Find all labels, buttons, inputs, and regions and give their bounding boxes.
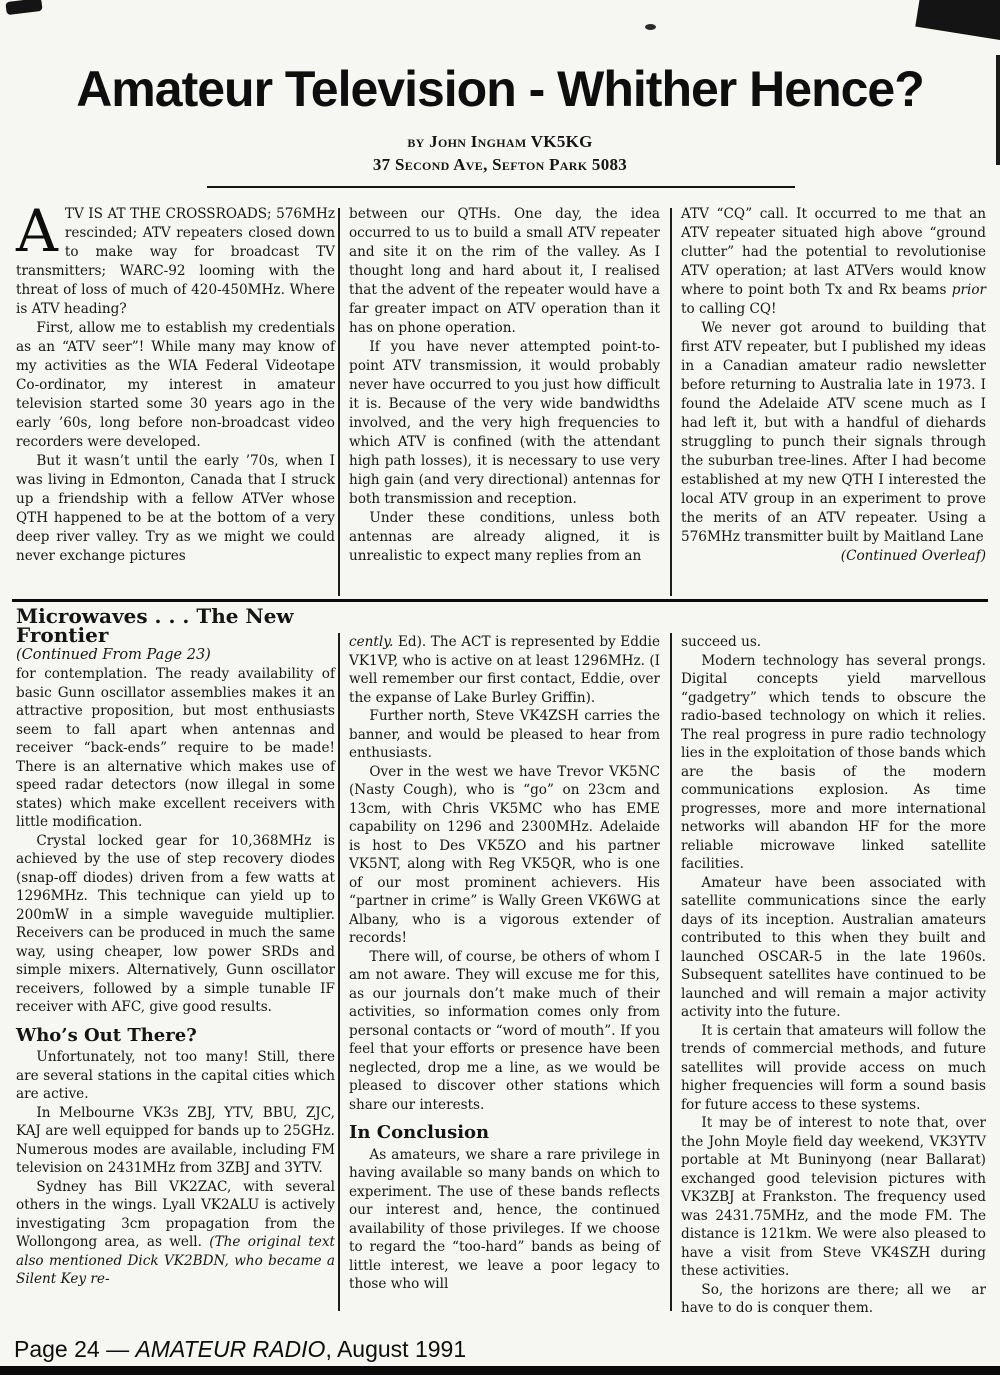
scan-artifact-bottom-bar [0, 1366, 1000, 1375]
continued-from-note: (Continued From Page 23) [16, 646, 335, 665]
paragraph: Modern technology has several prongs. Di… [681, 652, 986, 874]
paragraph: cently. Ed). The ACT is represented by E… [349, 633, 660, 707]
paragraph: Under these conditions, unless both ante… [349, 509, 660, 566]
footer-issue: , August 1991 [325, 1336, 466, 1362]
paragraph: Unfortunately, not too many! Still, ther… [16, 1048, 335, 1104]
paragraph: It is certain that amateurs will follow … [681, 1022, 986, 1115]
paragraph: It may be of interest to note that, over… [681, 1114, 986, 1281]
paragraph: Crystal locked gear for 10,368MHz is ach… [16, 832, 335, 1017]
byline-rule [207, 186, 795, 188]
paragraph-text: to calling CQ! [681, 301, 777, 317]
paragraph: ATV IS AT THE CROSSROADS; 576MHz rescind… [16, 205, 335, 319]
column-divider [670, 633, 672, 1311]
italic-word: prior [952, 282, 986, 298]
byline: by John Ingham VK5KG [0, 132, 1000, 152]
article2-column-1: Microwaves . . . The New Frontier (Conti… [16, 607, 335, 1289]
footer-page-number: Page 24 — [14, 1336, 135, 1362]
article1-column-1: ATV IS AT THE CROSSROADS; 576MHz rescind… [16, 205, 335, 605]
article2-column-3: succeed us. Modern technology has severa… [681, 633, 986, 1318]
drop-cap: A [16, 205, 65, 254]
paragraph-text: So, the horizons are there; all we have … [681, 1282, 951, 1317]
paragraph: There will, of course, be others of whom… [349, 948, 660, 1115]
paragraph: In Melbourne VK3s ZBJ, YTV, BBU, ZJC, KA… [16, 1104, 335, 1178]
paragraph: between our QTHs. One day, the idea occu… [349, 205, 660, 338]
scan-artifact-top-left [5, 0, 42, 15]
subhead-whos-out-there: Who’s Out There? [16, 1027, 335, 1046]
scan-artifact-dot [645, 24, 656, 30]
magazine-page: Amateur Television - Whither Hence? by J… [0, 0, 1000, 1375]
page-footer: Page 24 — AMATEUR RADIO, August 1991 [14, 1336, 466, 1363]
paragraph: succeed us. [681, 633, 986, 652]
paragraph: First, allow me to establish my credenti… [16, 319, 335, 452]
editorial-note-italic: cently. [349, 634, 393, 650]
paragraph: Amateur have been associated with satell… [681, 874, 986, 1022]
paragraph: We never got around to building that fir… [681, 319, 986, 547]
paragraph: ATV “CQ” call. It occurred to me that an… [681, 205, 986, 319]
column-divider [670, 208, 672, 596]
paragraph-text: Ed). The ACT is represented by Eddie VK1… [349, 634, 660, 706]
continued-overleaf-note: (Continued Overleaf) [681, 547, 986, 566]
article-end-mark: ar [951, 1281, 986, 1300]
column-divider [338, 633, 340, 1311]
paragraph: But it wasn’t until the early ’70s, when… [16, 452, 335, 566]
paragraph: As amateurs, we share a rare privilege i… [349, 1146, 660, 1294]
paragraph: Further north, Steve VK4ZSH carries the … [349, 707, 660, 763]
section-divider-rule [12, 599, 988, 602]
article1-column-2: between our QTHs. One day, the idea occu… [349, 205, 660, 605]
article2-column-2: cently. Ed). The ACT is represented by E… [349, 633, 660, 1294]
article2-heading: Microwaves . . . The New Frontier [16, 607, 335, 644]
paragraph-text: ATV “CQ” call. It occurred to me that an… [681, 206, 986, 298]
subhead-in-conclusion: In Conclusion [349, 1124, 660, 1143]
paragraph: for contemplation. The ready availabilit… [16, 665, 335, 832]
author-address: 37 Second Ave, Sefton Park 5083 [0, 155, 1000, 175]
paragraph: Sydney has Bill VK2ZAC, with several oth… [16, 1178, 335, 1289]
paragraph: arSo, the horizons are there; all we hav… [681, 1281, 986, 1318]
paragraph: Over in the west we have Trevor VK5NC (N… [349, 763, 660, 948]
paragraph: If you have never attempted point-to-poi… [349, 338, 660, 509]
scan-artifact-top-right [915, 0, 1000, 41]
article1-column-3: ATV “CQ” call. It occurred to me that an… [681, 205, 986, 605]
footer-magazine-name: AMATEUR RADIO [135, 1336, 325, 1362]
column-divider [338, 208, 340, 596]
article-title: Amateur Television - Whither Hence? [0, 60, 1000, 118]
